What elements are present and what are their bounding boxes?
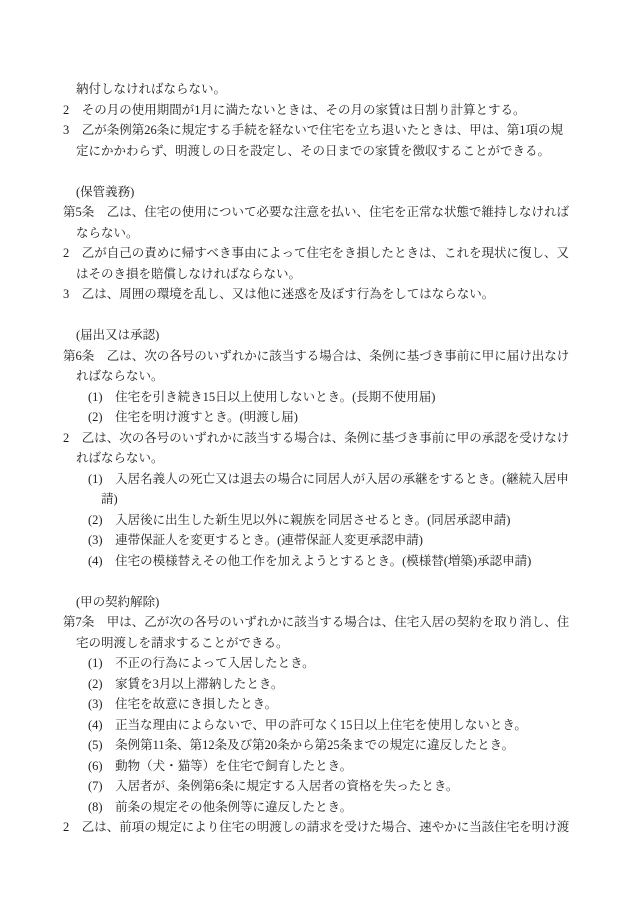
blank-line [63, 161, 573, 182]
paragraph-line: 2 乙が自己の責めに帰すべき事由によって住宅をき損したときは、これを現状に復し、… [63, 243, 573, 264]
item-line: (2) 入居後に出生した新生児以外に親族を同居させるとき。(同居承認申請) [63, 510, 573, 531]
item-line: (2) 住宅を明け渡すとき。(明渡し届) [63, 407, 573, 428]
continuation-line: ならない。 [63, 223, 573, 244]
item-line: (1) 住宅を引き続き15日以上使用しないとき。(長期不使用届) [63, 387, 573, 408]
heading-line: (甲の契約解除) [63, 592, 573, 613]
paragraph-line: 2 その月の使用期間が1月に満たないときは、その月の家賃は日割り計算とする。 [63, 100, 573, 121]
continuation-line: 定にかかわらず、明渡しの日を設定し、その日までの家賃を徴収することができる。 [63, 141, 573, 162]
continuation-line: はそのき損を賠償しなければならない。 [63, 264, 573, 285]
paragraph-line: 2 乙は、前項の規定により住宅の明渡しの請求を受けた場合、速やかに当該住宅を明け… [63, 817, 573, 838]
contract-text-block: 納付しなければならない。2 その月の使用期間が1月に満たないときは、その月の家賃… [63, 79, 573, 838]
document-page: 納付しなければならない。2 その月の使用期間が1月に満たないときは、その月の家賃… [0, 0, 630, 903]
item-continuation-line: 請) [63, 489, 573, 510]
item-line: (8) 前条の規定その他条例等に違反したとき。 [63, 797, 573, 818]
item-line: (4) 正当な理由によらないで、甲の許可なく15日以上住宅を使用しないとき。 [63, 715, 573, 736]
item-line: (3) 連帯保証人を変更するとき。(連帯保証人変更承認申請) [63, 530, 573, 551]
continuation-line: 宅の明渡しを請求することができる。 [63, 633, 573, 654]
heading-line: (保管義務) [63, 182, 573, 203]
item-line: (7) 入居者が、条例第6条に規定する入居者の資格を失ったとき。 [63, 776, 573, 797]
paragraph-line: 3 乙が条例第26条に規定する手続を経ないで住宅を立ち退いたときは、甲は、第1項… [63, 120, 573, 141]
item-line: (3) 住宅を故意にき損したとき。 [63, 694, 573, 715]
item-line: (6) 動物（犬・猫等）を住宅で飼育したとき。 [63, 756, 573, 777]
item-line: (4) 住宅の模様替えその他工作を加えようとするとき。(模様替(増築)承認申請) [63, 551, 573, 572]
paragraph-line: 2 乙は、次の各号のいずれかに該当する場合は、条例に基づき事前に甲の承認を受けな… [63, 428, 573, 449]
item-line: (5) 条例第11条、第12条及び第20条から第25条までの規定に違反したとき。 [63, 735, 573, 756]
article-line: 第5条 乙は、住宅の使用について必要な注意を払い、住宅を正常な状態で維持しなけれ… [63, 202, 573, 223]
article-line: 第7条 甲は、乙が次の各号のいずれかに該当する場合は、住宅入居の契約を取り消し、… [63, 612, 573, 633]
continuation-line: ればならない。 [63, 448, 573, 469]
item-line: (2) 家賃を3月以上滞納したとき。 [63, 674, 573, 695]
paragraph-line: 3 乙は、周囲の環境を乱し、又は他に迷惑を及ぼす行為をしてはならない。 [63, 284, 573, 305]
item-line: (1) 不正の行為によって入居したとき。 [63, 653, 573, 674]
blank-line [63, 571, 573, 592]
blank-line [63, 305, 573, 326]
article-line: 第6条 乙は、次の各号のいずれかに該当する場合は、条例に基づき事前に甲に届け出な… [63, 346, 573, 367]
continuation-line: ればならない。 [63, 366, 573, 387]
heading-line: (届出又は承認) [63, 325, 573, 346]
continuation-line: 納付しなければならない。 [63, 79, 573, 100]
item-line: (1) 入居名義人の死亡又は退去の場合に同居人が入居の承継をするとき。(継続入居… [63, 469, 573, 490]
